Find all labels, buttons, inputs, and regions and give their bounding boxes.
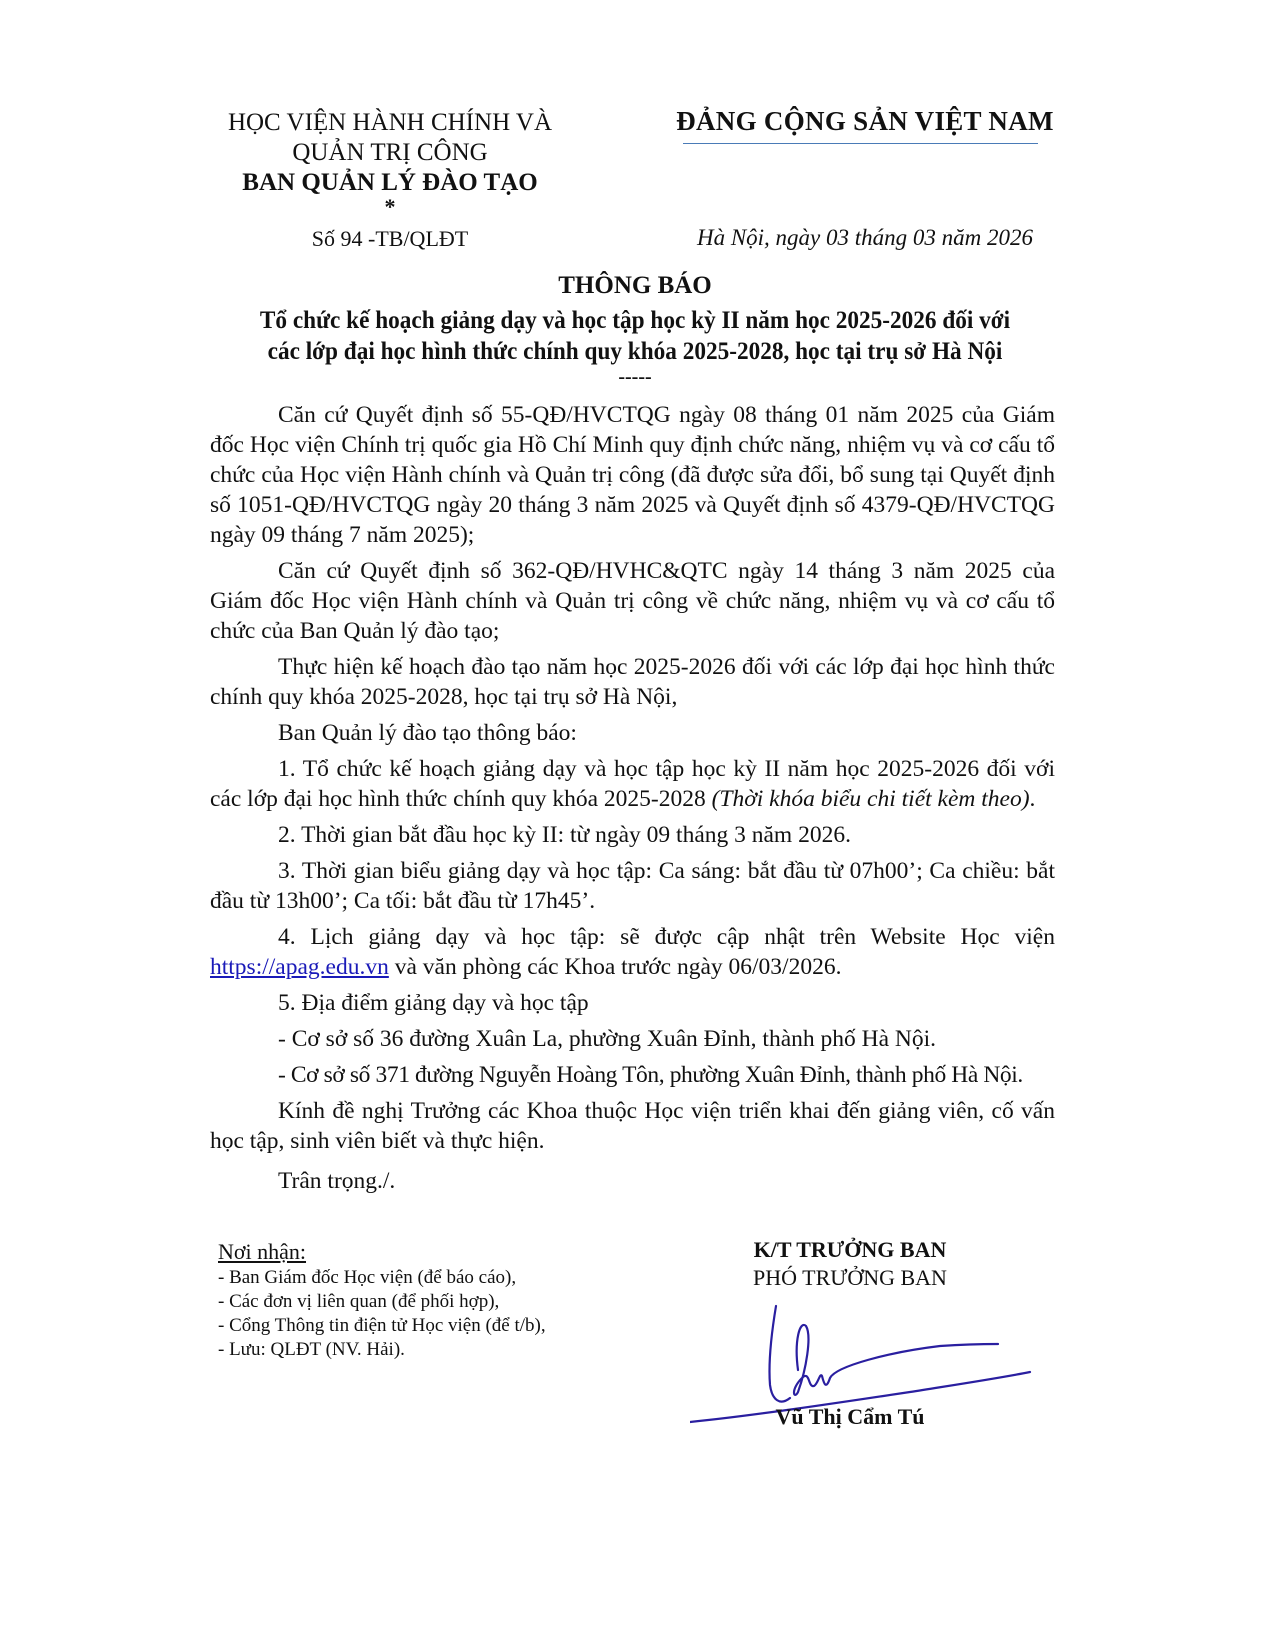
star-mark: *: [190, 198, 590, 216]
recipient-item: - Lưu: QLĐT (NV. Hải).: [218, 1338, 546, 1362]
party-underline-divider: [683, 143, 1038, 144]
recipient-item: - Cổng Thông tin điện tử Học viện (để t/…: [218, 1314, 546, 1338]
signature-block: K/T TRƯỞNG BAN PHÓ TRƯỞNG BAN: [700, 1236, 1000, 1292]
recipient-item: - Các đơn vị liên quan (để phối hợp),: [218, 1290, 546, 1314]
announcement-intro: Ban Quản lý đào tạo thông báo:: [210, 718, 1055, 748]
org-name-line2: QUẢN TRỊ CÔNG: [190, 138, 590, 168]
signer-position: PHÓ TRƯỞNG BAN: [700, 1264, 1000, 1292]
recipient-item: - Ban Giám đốc Học viện (để báo cáo),: [218, 1266, 546, 1290]
request-paragraph: Kính đề nghị Trưởng các Khoa thuộc Học v…: [210, 1096, 1055, 1156]
document-type-heading: THÔNG BÁO: [190, 272, 1080, 300]
recipients-label: Nơi nhận:: [218, 1238, 546, 1266]
closing-phrase: Trân trọng./.: [210, 1166, 1055, 1196]
subject-line-1: Tổ chức kế hoạch giảng dạy và học tập họ…: [221, 305, 1049, 336]
location-2: - Cơ sở số 371 đường Nguyễn Hoàng Tôn, p…: [210, 1060, 1055, 1090]
item-3: 3. Thời gian biểu giảng dạy và học tập: …: [210, 856, 1055, 916]
item-5: 5. Địa điểm giảng dạy và học tập: [210, 988, 1055, 1018]
party-name: ĐẢNG CỘNG SẢN VIỆT NAM: [660, 106, 1070, 137]
document-body: Căn cứ Quyết định số 55-QĐ/HVCTQG ngày 0…: [210, 400, 1055, 1202]
signer-name: Vũ Thị Cẩm Tú: [700, 1404, 1000, 1430]
subject-line-2: các lớp đại học hình thức chính quy khóa…: [221, 336, 1049, 367]
document-subject: Tổ chức kế hoạch giảng dạy và học tập họ…: [221, 305, 1049, 367]
website-link[interactable]: https://apag.edu.vn: [210, 954, 389, 980]
signing-authority: K/T TRƯỞNG BAN: [700, 1236, 1000, 1264]
implementation-basis: Thực hiện kế hoạch đào tạo năm học 2025-…: [210, 652, 1055, 712]
document-number: Số 94 -TB/QLĐT: [190, 226, 590, 252]
item-4: 4. Lịch giảng dạy và học tập: sẽ được cậ…: [210, 922, 1055, 982]
item-2: 2. Thời gian bắt đầu học kỳ II: từ ngày …: [210, 820, 1055, 850]
item-1-note: (Thời khóa biểu chi tiết kèm theo): [712, 786, 1030, 812]
issuing-organization: HỌC VIỆN HÀNH CHÍNH VÀ QUẢN TRỊ CÔNG BAN…: [190, 108, 590, 216]
recipients-list: Nơi nhận: - Ban Giám đốc Học viện (để bá…: [218, 1238, 546, 1362]
location-1: - Cơ sở số 36 đường Xuân La, phường Xuân…: [210, 1024, 1055, 1054]
org-name-line1: HỌC VIỆN HÀNH CHÍNH VÀ: [190, 108, 590, 138]
legal-basis-2: Căn cứ Quyết định số 362-QĐ/HVHC&QTC ngà…: [210, 556, 1055, 646]
title-separator: -----: [190, 366, 1080, 389]
item-1: 1. Tổ chức kế hoạch giảng dạy và học tập…: [210, 754, 1055, 814]
legal-basis-1: Căn cứ Quyết định số 55-QĐ/HVCTQG ngày 0…: [210, 400, 1055, 550]
place-and-date: Hà Nội, ngày 03 tháng 03 năm 2026: [660, 225, 1070, 251]
